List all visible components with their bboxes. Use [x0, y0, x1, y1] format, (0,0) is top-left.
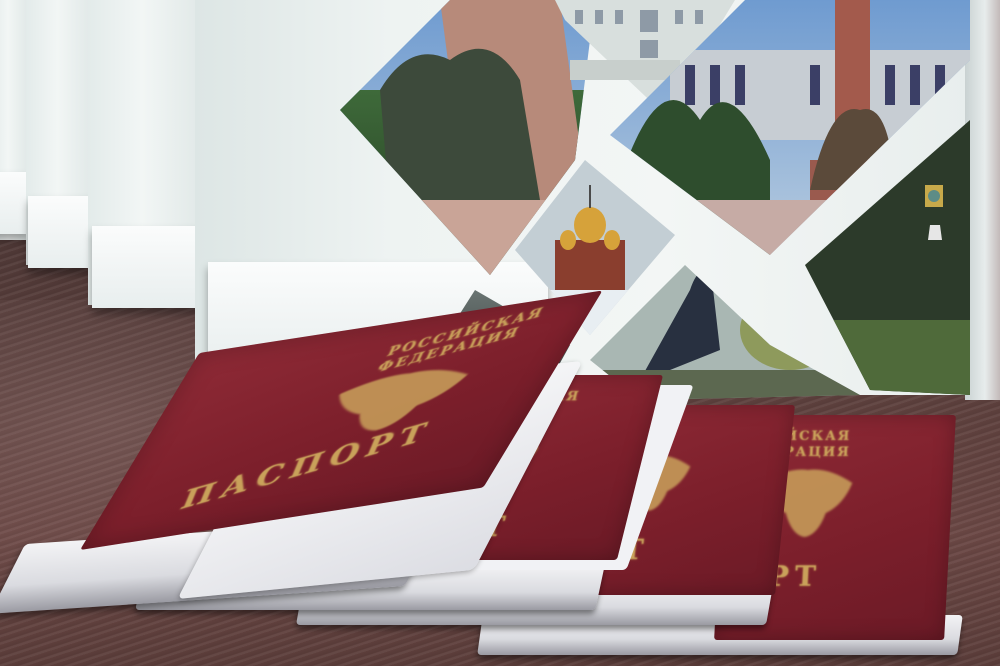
passport-1-open[interactable]: РОССИЙСКАЯ ФЕДЕРАЦИЯ ПАСПОРТ — [10, 340, 550, 620]
photo-scene: ЙСКАЯ РАЦИЯ ОРТ СКАЯ ЦИЯ ОРТ СКАЯ ИЯ — [0, 0, 1000, 666]
gift-bag-3-bottom — [92, 226, 208, 308]
gift-bag-2-bottom — [28, 196, 92, 268]
gift-bag-far-bottom — [0, 172, 28, 234]
